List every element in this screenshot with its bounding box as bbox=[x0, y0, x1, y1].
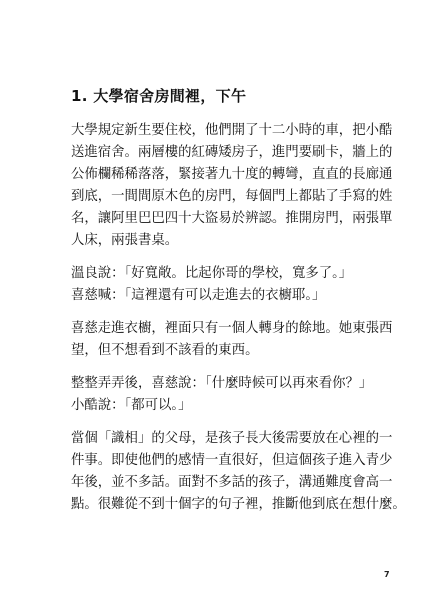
paragraph-2-dialogue: 溫良說：「好寬敞。比起你哥的學校，寬多了。」 喜慈喊：「這裡還有可以走進去的衣櫥… bbox=[71, 263, 361, 307]
text-line: 當個「識相」的父母，是孩子長大後需要放在心裡的一 bbox=[71, 428, 361, 450]
body-text: 大學規定新生要住校，他們開了十二小時的車，把小酷 送進宿舍。兩層樓的紅磚矮房子，… bbox=[71, 120, 361, 527]
text-line: 到底，一間間原木色的房門，每個門上都貼了手寫的姓 bbox=[71, 186, 361, 208]
section-heading: 1. 大學宿舍房間裡，下午 bbox=[71, 86, 246, 106]
text-line: 喜慈喊：「這裡還有可以走進去的衣櫥耶。」 bbox=[71, 285, 361, 307]
paragraph-5: 當個「識相」的父母，是孩子長大後需要放在心裡的一 件事。即使他們的感情一直很好，… bbox=[71, 428, 361, 516]
text-line: 送進宿舍。兩層樓的紅磚矮房子，進門要刷卡，牆上的 bbox=[71, 142, 361, 164]
text-line: 人床，兩張書桌。 bbox=[71, 230, 361, 252]
text-line: 件事。即使他們的感情一直很好，但這個孩子進入青少 bbox=[71, 450, 361, 472]
text-line: 公佈欄稀稀落落，緊接著九十度的轉彎，直直的長廊通 bbox=[71, 164, 361, 186]
text-line: 點。很難從不到十個字的句子裡，推斷他到底在想什麼。 bbox=[71, 494, 361, 516]
paragraph-1: 大學規定新生要住校，他們開了十二小時的車，把小酷 送進宿舍。兩層樓的紅磚矮房子，… bbox=[71, 120, 361, 252]
text-line: 溫良說：「好寬敞。比起你哥的學校，寬多了。」 bbox=[71, 263, 361, 285]
text-line: 整整弄弄後，喜慈說：「什麼時候可以再來看你？」 bbox=[71, 373, 361, 395]
paragraph-3: 喜慈走進衣櫥，裡面只有一個人轉身的餘地。她東張西 望，但不想看到不該看的東西。 bbox=[71, 318, 361, 362]
text-line: 望，但不想看到不該看的東西。 bbox=[71, 340, 361, 362]
text-line: 名，讓阿里巴巴四十大盜易於辨認。推開房門，兩張單 bbox=[71, 208, 361, 230]
text-line: 喜慈走進衣櫥，裡面只有一個人轉身的餘地。她東張西 bbox=[71, 318, 361, 340]
paragraph-4-dialogue: 整整弄弄後，喜慈說：「什麼時候可以再來看你？」 小酷說：「都可以。」 bbox=[71, 373, 361, 417]
text-line: 大學規定新生要住校，他們開了十二小時的車，把小酷 bbox=[71, 120, 361, 142]
text-line: 小酷說：「都可以。」 bbox=[71, 395, 361, 417]
text-line: 年後，並不多話。面對不多話的孩子，溝通難度會高一 bbox=[71, 472, 361, 494]
page-number: 7 bbox=[384, 570, 390, 579]
document-page: 1. 大學宿舍房間裡，下午 大學規定新生要住校，他們開了十二小時的車，把小酷 送… bbox=[0, 0, 425, 609]
